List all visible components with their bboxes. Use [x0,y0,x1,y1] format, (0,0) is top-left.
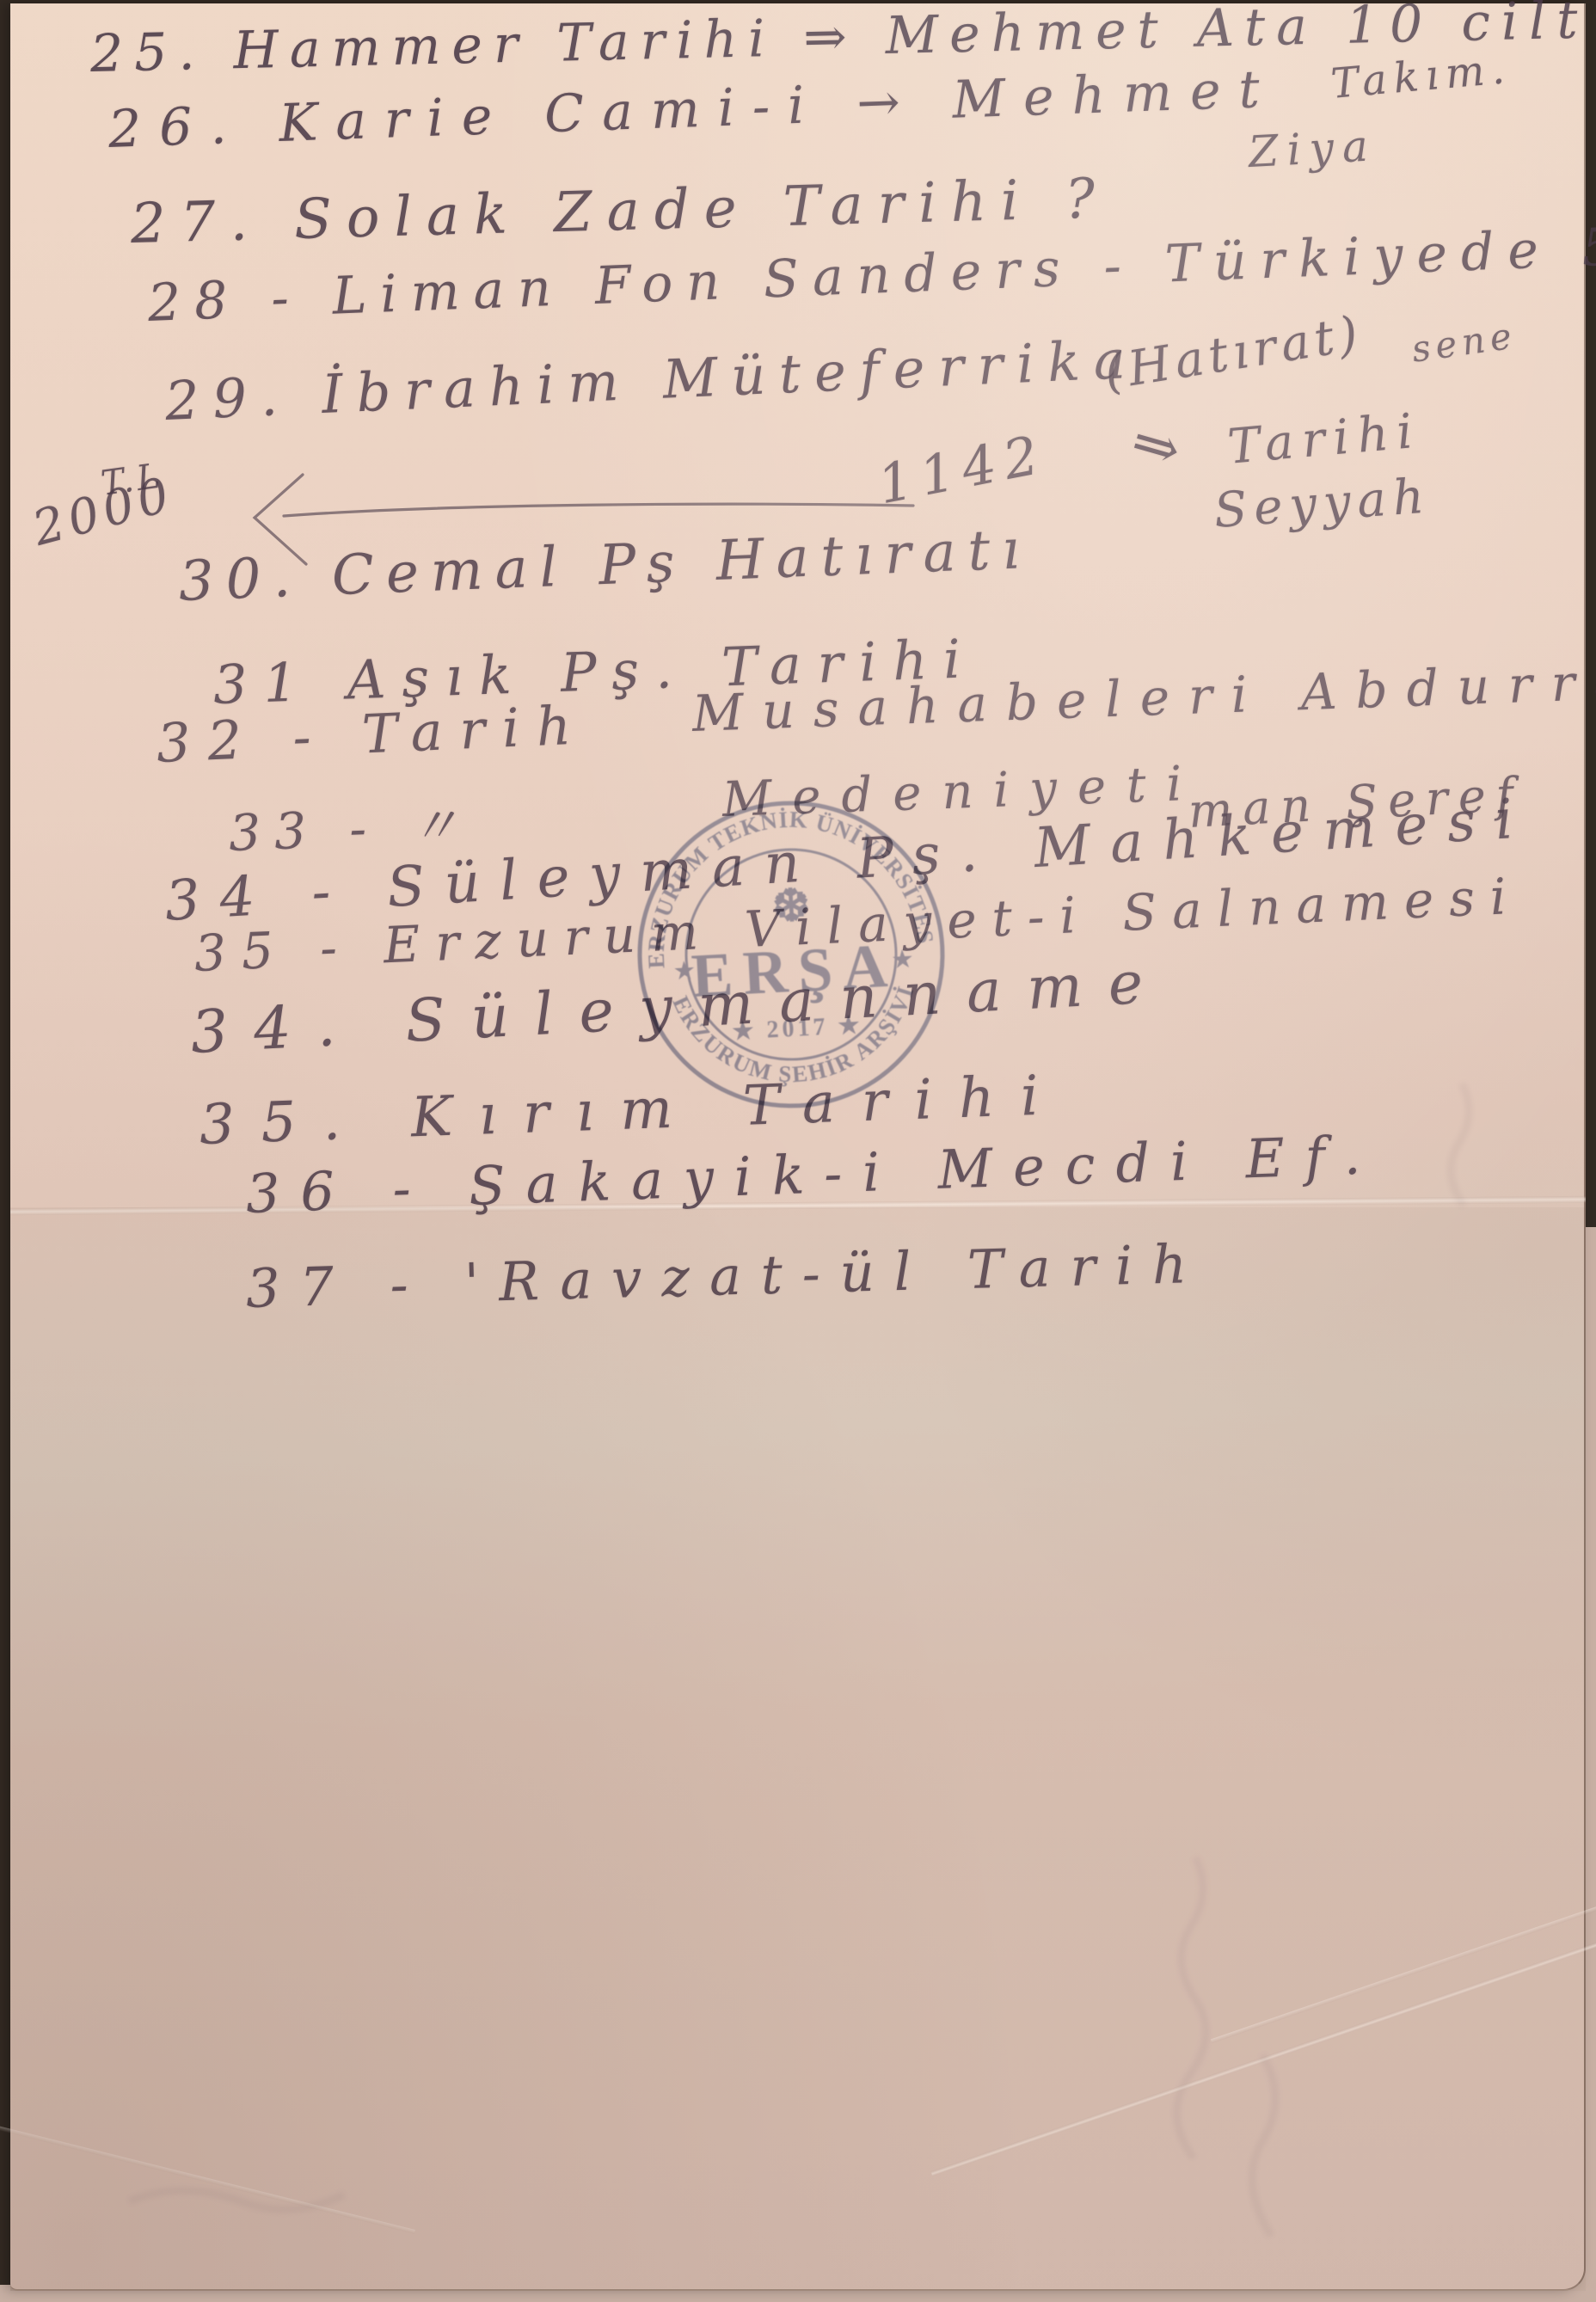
list-item-26-name-ziya: Ziya [1247,120,1378,177]
scanned-page: 25. Hammer Tarihi ⇒ Mehmet Ata 10 cilt 2… [0,0,1596,2302]
